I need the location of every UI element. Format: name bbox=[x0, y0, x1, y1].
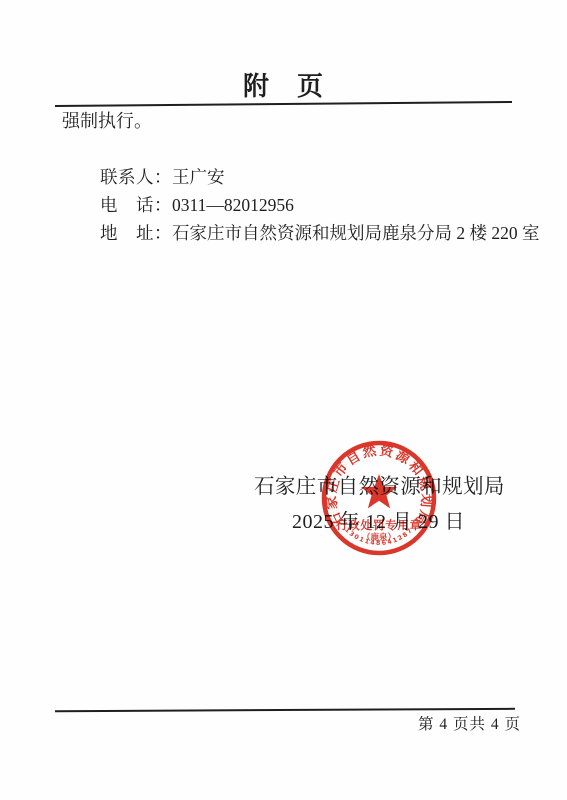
contact-person-label: 联系人： bbox=[100, 167, 172, 187]
contact-address-label: 地 址： bbox=[100, 223, 172, 243]
contact-address-row: 地 址：石家庄市自然资源和规划局鹿泉分局 2 楼 220 室 bbox=[100, 219, 540, 247]
seal-star bbox=[361, 474, 397, 508]
contact-address-value: 石家庄市自然资源和规划局鹿泉分局 2 楼 220 室 bbox=[172, 223, 540, 243]
document-page: 附 页 强制执行。 联系人：王广安 电 话：0311—82012956 地 址：… bbox=[0, 0, 567, 800]
intro-text: 强制执行。 bbox=[62, 107, 152, 133]
page-title: 附 页 bbox=[0, 66, 567, 103]
contact-person-row: 联系人：王广安 bbox=[100, 163, 540, 191]
contact-person-value: 王广安 bbox=[172, 167, 225, 187]
contact-phone-row: 电 话：0311—82012956 bbox=[100, 191, 540, 219]
contact-phone-label: 电 话： bbox=[100, 195, 172, 215]
page-number: 第 4 页共 4 页 bbox=[418, 712, 521, 734]
official-seal: 石家庄市自然资源和规划局 行政处罚专用章 （鹿泉） 1301148641287 bbox=[319, 438, 439, 558]
contact-phone-value: 0311—82012956 bbox=[172, 195, 294, 215]
contact-block: 联系人：王广安 电 话：0311—82012956 地 址：石家庄市自然资源和规… bbox=[100, 163, 540, 247]
